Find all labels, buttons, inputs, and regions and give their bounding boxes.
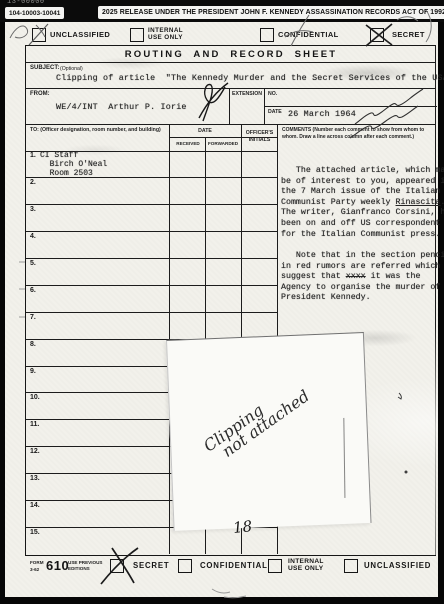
date-column-header: DATE xyxy=(169,128,241,135)
comments-column-header: COMMENTS (Number each comment to show fr… xyxy=(282,127,432,140)
table-row: 4. xyxy=(26,232,278,259)
to-column-header: TO: (Officer designation, room number, a… xyxy=(30,127,162,134)
row-number: 1. xyxy=(30,152,36,159)
row-number: 12. xyxy=(30,448,40,455)
date-field-label: DATE xyxy=(268,109,282,116)
handwritten-clipping-note: Clipping not attached xyxy=(201,376,312,467)
from-value: WE/4/INT Arthur P. Iorie xyxy=(56,102,187,113)
secret-label-top: SECRET xyxy=(392,31,425,40)
row-number: 6. xyxy=(30,287,36,294)
table-row: 5. xyxy=(26,259,278,286)
confidential-label-top: CONFIDENTIAL xyxy=(278,31,339,40)
secret-checkbox-top xyxy=(370,28,384,42)
form-title: ROUTING AND RECORD SHEET xyxy=(26,49,436,60)
internal-use-only-label-bottom: INTERNAL USE ONLY xyxy=(288,558,332,573)
paper-slip-overlay: Clipping not attached xyxy=(166,332,372,531)
table-row: 3. xyxy=(26,205,278,232)
footer-form-date: 3-62 xyxy=(30,567,39,573)
row-number: 9. xyxy=(30,368,36,375)
subject-label: SUBJECT: xyxy=(30,65,59,73)
table-row: 2. xyxy=(26,178,278,205)
row-number: 10. xyxy=(30,394,40,401)
comment-paragraph-1: The attached article, which may be of in… xyxy=(281,166,444,240)
confidential-label-bottom: CONFIDENTIAL xyxy=(200,562,268,571)
table-row: 1.CI Staff Birch O'Neal Room 2503 xyxy=(26,151,278,178)
unclassified-checkbox-bottom xyxy=(344,559,358,573)
subject-value: Clipping of article "The Kennedy Murder … xyxy=(56,73,444,84)
scanned-document: 13-00000 104-10003-10041 2025 RELEASE UN… xyxy=(0,0,444,604)
officers-initials-header: OFFICER'S INITIALS xyxy=(243,130,276,144)
unclassified-checkbox-top xyxy=(32,28,46,42)
internal-use-only-label-top: INTERNAL USE ONLY xyxy=(148,27,190,41)
row-number: 14. xyxy=(30,502,40,509)
unclassified-label-top: UNCLASSIFIED xyxy=(50,31,110,40)
footer-use-previous: USE PREVIOUS EDITIONS xyxy=(68,560,104,571)
no-label: NO. xyxy=(268,91,277,98)
unclassified-label-bottom: UNCLASSIFIED xyxy=(364,562,431,571)
secret-label-bottom: SECRET xyxy=(133,562,169,571)
row-number: 2. xyxy=(30,179,36,186)
record-number-box: 104-10003-10041 xyxy=(5,7,64,19)
confidential-checkbox-bottom xyxy=(178,559,192,573)
document-stamp-number: 13-00000 xyxy=(7,0,45,6)
internal-use-only-checkbox-bottom xyxy=(268,559,282,573)
table-row: 7. xyxy=(26,313,278,340)
footer-form-label: FORM xyxy=(30,560,44,566)
row-number: 7. xyxy=(30,314,36,321)
release-banner: 2025 RELEASE UNDER THE PRESIDENT JOHN F.… xyxy=(98,6,444,19)
slip-crease-line xyxy=(343,418,345,498)
subject-optional-label: (Optional) xyxy=(60,66,83,73)
forwarded-column-header: FORWARDED xyxy=(206,141,240,147)
row-number: 15. xyxy=(30,529,40,536)
row-number: 13. xyxy=(30,475,40,482)
row-number: 3. xyxy=(30,206,36,213)
extension-label: EXTENSION xyxy=(232,91,264,98)
row-recipient-text: CI Staff Birch O'Neal Room 2503 xyxy=(40,152,107,178)
row-number: 8. xyxy=(30,341,36,348)
comment-paragraph-2: Note that in the section pencilled in re… xyxy=(281,251,444,304)
secret-checkbox-bottom xyxy=(110,559,124,573)
table-row: 6. xyxy=(26,286,278,313)
internal-use-only-checkbox-top xyxy=(130,28,144,42)
row-number: 4. xyxy=(30,233,36,240)
row-number: 5. xyxy=(30,260,36,267)
received-column-header: RECEIVED xyxy=(171,141,205,147)
footer-form-number: 610 xyxy=(46,558,69,573)
confidential-checkbox-top xyxy=(260,28,274,42)
row-number: 11. xyxy=(30,421,39,428)
from-label: FROM: xyxy=(30,91,50,99)
date-value: 26 March 1964 xyxy=(288,109,356,120)
handwritten-number-18: 18 xyxy=(232,517,253,537)
